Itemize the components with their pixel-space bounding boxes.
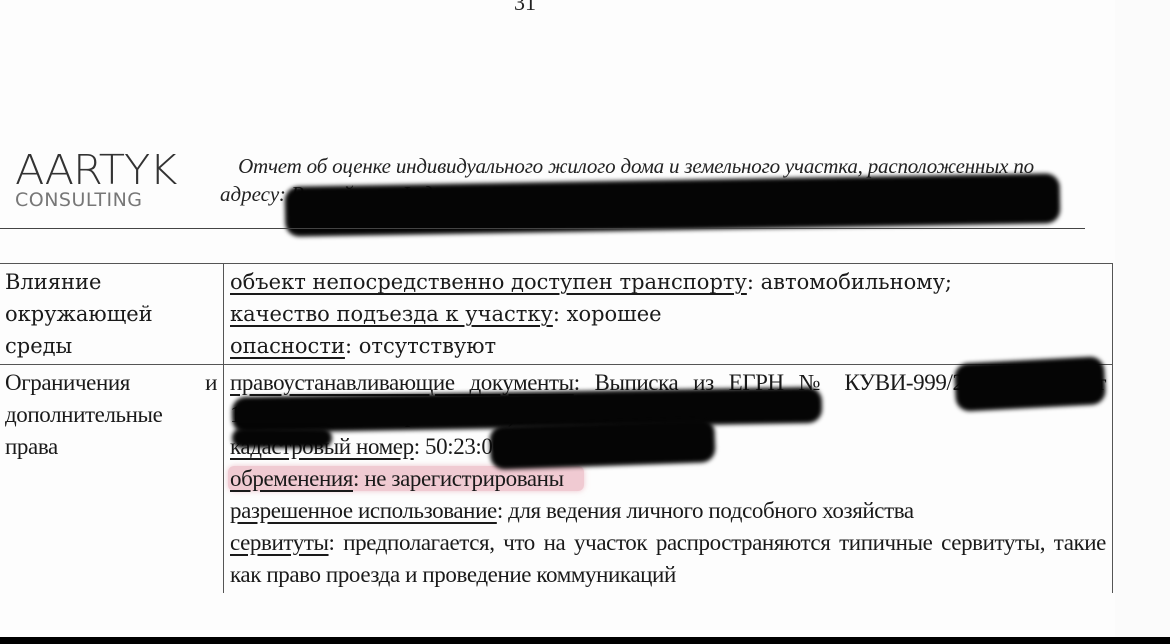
redaction-cadastral-number <box>489 418 715 470</box>
address-label: адресу: <box>220 182 286 206</box>
table-row: Влияние окружающей среды объект непосред… <box>0 264 1113 365</box>
redaction-cadastral <box>232 428 332 448</box>
item-key: опасности <box>230 334 345 358</box>
header-divider <box>0 228 1085 229</box>
logo-main-text: AARTYK <box>15 150 176 190</box>
item-value: : не зарегистрированы <box>353 466 564 491</box>
item-value: : отсутствуют <box>345 334 496 358</box>
item-key: сервитуты <box>230 530 329 555</box>
list-item: объект непосредственно доступен транспор… <box>230 266 1106 298</box>
row-value: объект непосредственно доступен транспор… <box>224 264 1113 365</box>
item-value: : автомобильному; <box>747 270 952 294</box>
screen-bottom-bar <box>0 637 1170 644</box>
page-margin <box>1115 0 1170 644</box>
item-key: разрешенное использование <box>230 498 497 523</box>
redaction-kuvi <box>954 356 1106 412</box>
page-number: 31 <box>514 0 536 16</box>
list-item: опасности: отсутствуют <box>230 330 1106 362</box>
list-item: сервитуты: предполагается, что на участо… <box>230 527 1106 591</box>
list-item: качество подъезда к участку: хорошее <box>230 298 1106 330</box>
item-key: качество подъезда к участку <box>230 302 553 326</box>
row-label: Влияние окружающей среды <box>0 264 224 365</box>
row-label: Ограничения и дополнительные права <box>0 365 224 594</box>
item-key: обременения <box>230 466 353 491</box>
item-value: : предполагается, что на участок распрос… <box>230 530 1106 587</box>
list-item-highlighted: обременения: не зарегистрированы <box>230 463 1106 495</box>
list-item: разрешенное использование: для ведения л… <box>230 495 1106 527</box>
item-value: : для ведения личного подсобного хозяйст… <box>497 498 914 523</box>
company-logo: AARTYK CONSULTING <box>15 150 169 210</box>
item-key: объект непосредственно доступен транспор… <box>230 270 747 294</box>
item-value: : хорошее <box>553 302 662 326</box>
highlight-marker: обременения: не зарегистрированы <box>228 466 584 491</box>
